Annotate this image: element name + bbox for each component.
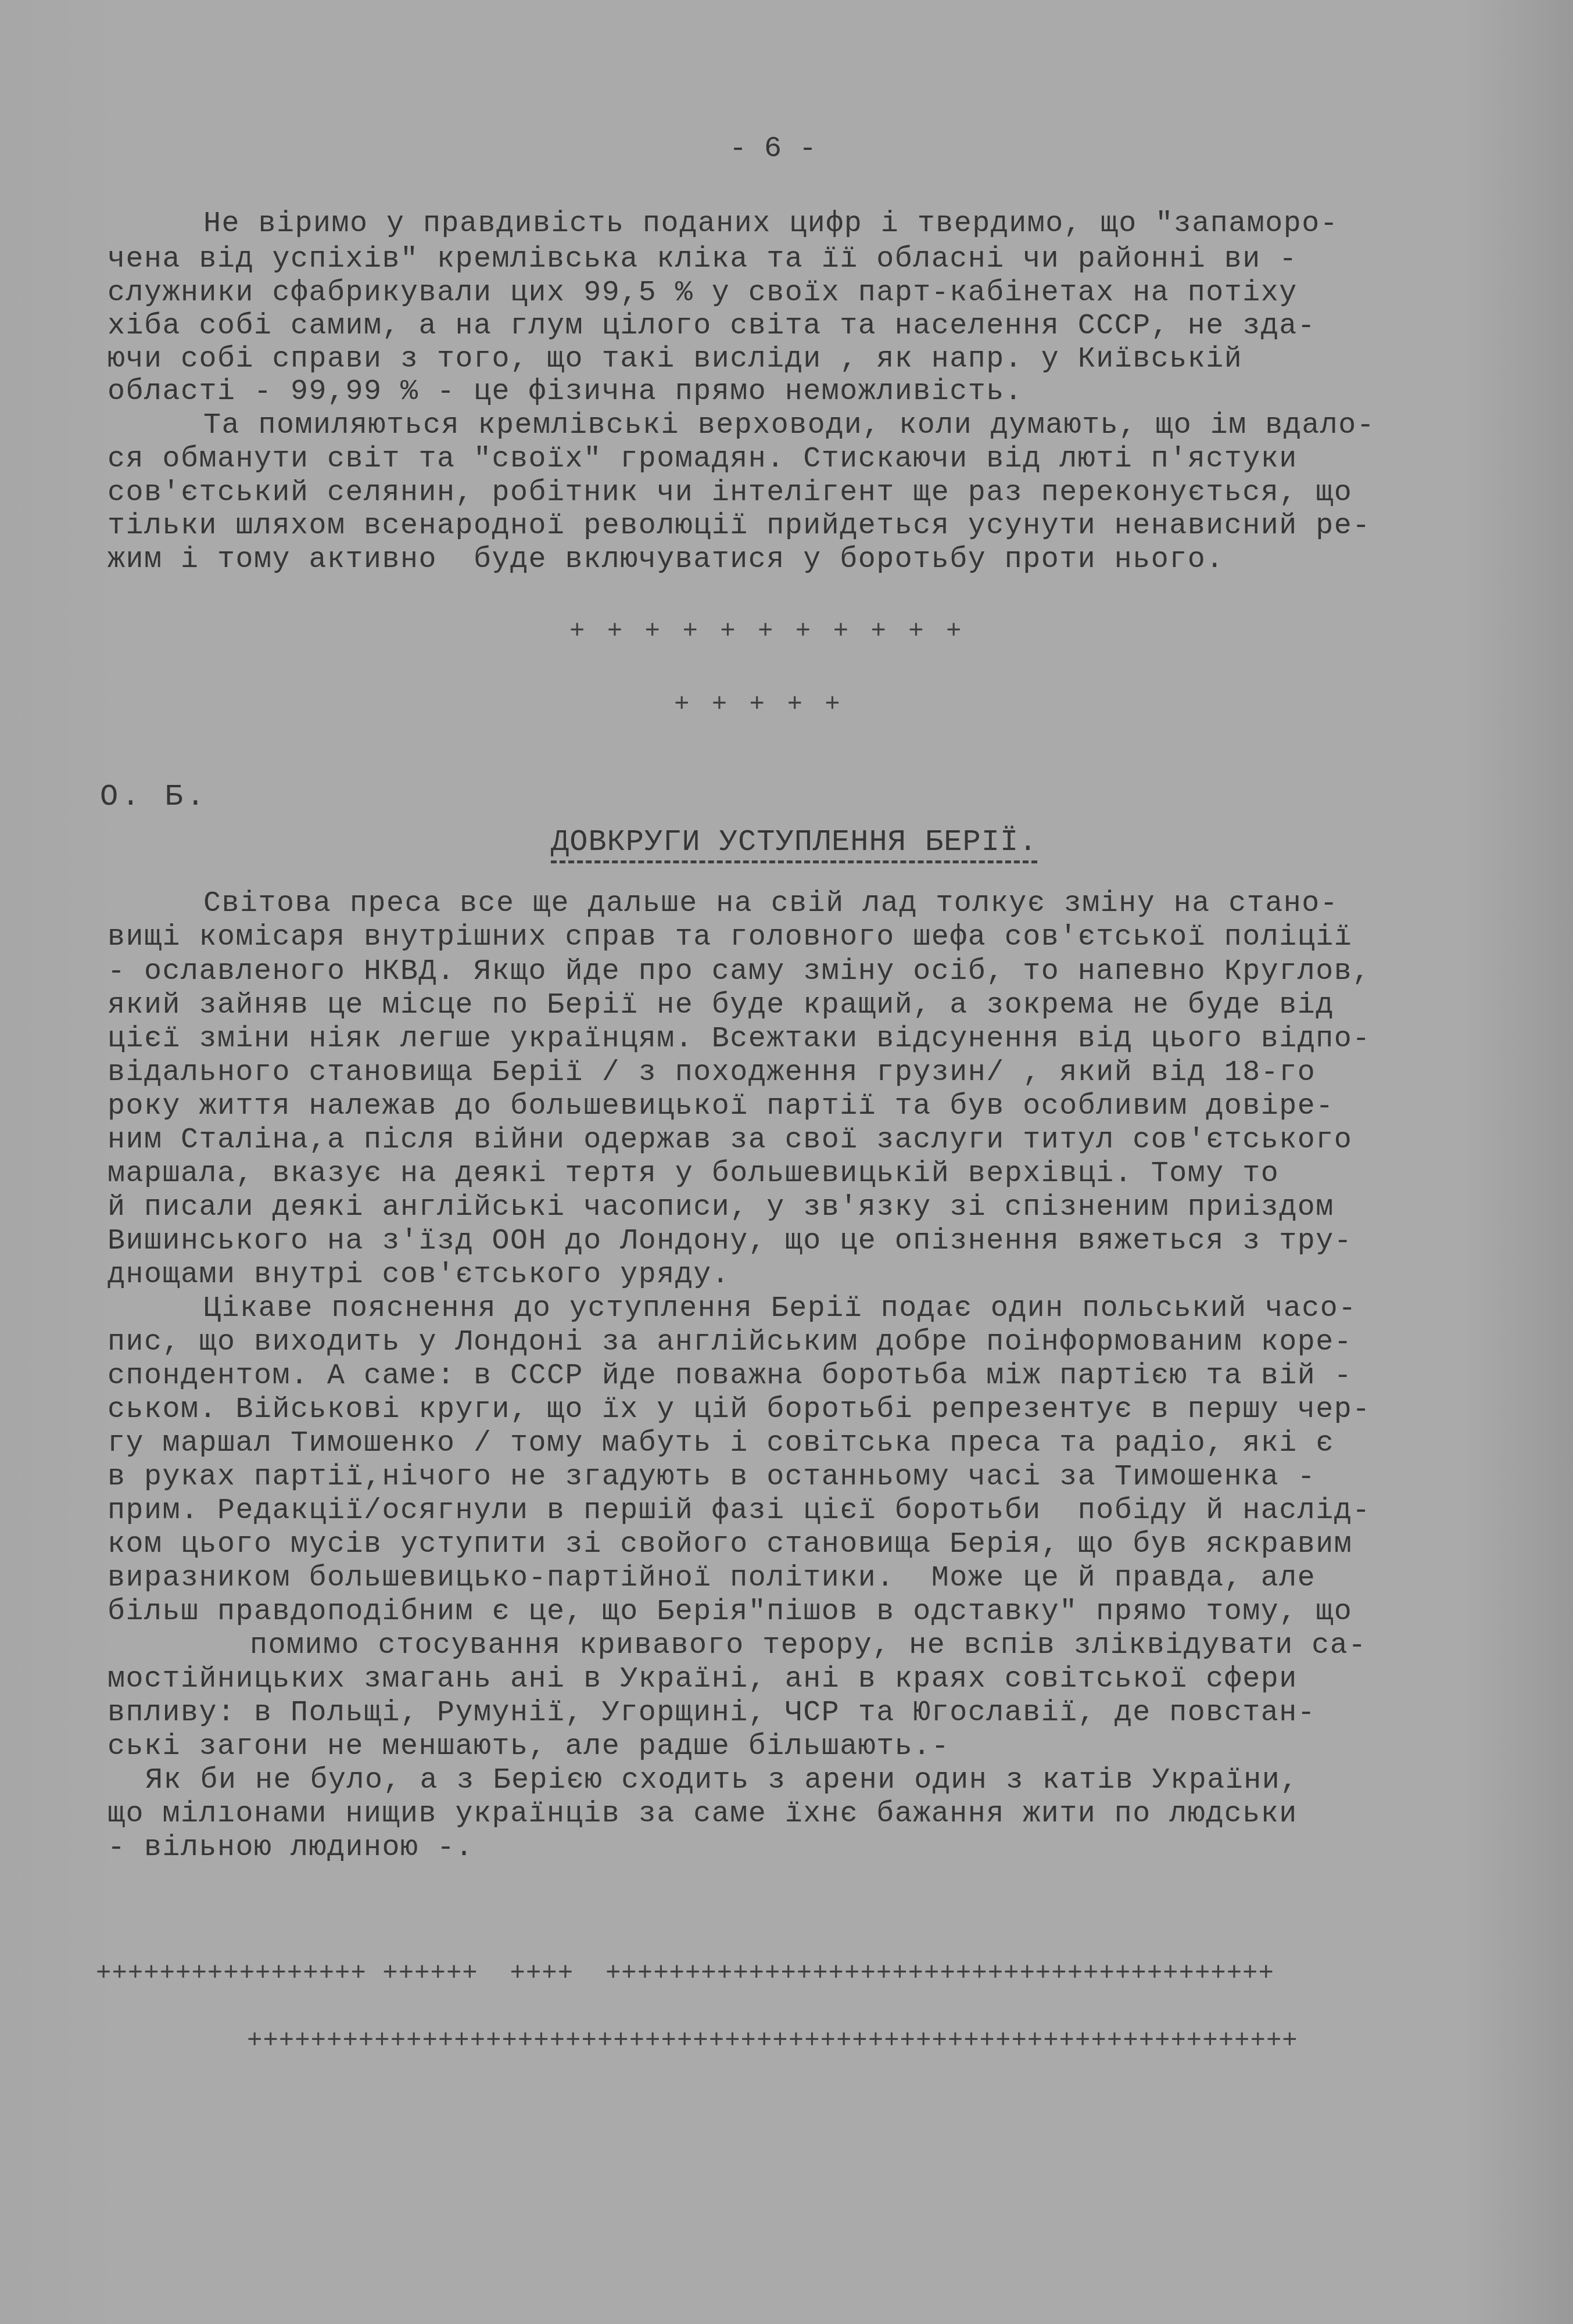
text-line: чена від успіхів" кремлівська кліка та ї… xyxy=(108,243,1298,277)
text-line: днощами внутрі сов'єтського уряду. xyxy=(108,1258,730,1292)
text-line: який зайняв це місце по Берії не буде кр… xyxy=(108,989,1334,1023)
text-line: Світова преса все ще дальше на свій лад … xyxy=(203,887,1338,921)
text-line: й писали деякі англійські часописи, у зв… xyxy=(108,1191,1334,1225)
text-line: мостійницьких змагань ані в Україні, ані… xyxy=(108,1663,1298,1697)
text-line: тільки шляхом всенародної революції прий… xyxy=(108,510,1371,543)
separator-plus-row: + + + + + + + + + + + xyxy=(569,617,965,646)
separator-plus-row: + + + + + xyxy=(674,690,844,719)
text-line: ком цього мусів уступити зі свойого стан… xyxy=(108,1528,1352,1562)
text-line: області - 99,99 % - це фізична прямо нем… xyxy=(108,375,1023,409)
text-line: ним Сталіна,а після війни одержав за сво… xyxy=(108,1124,1352,1157)
document-page: - 6 - Не віримо у правдивість поданих ци… xyxy=(0,0,1573,2324)
text-line: вищі комісаря внутрішних справ та головн… xyxy=(108,921,1352,955)
text-line: Як би не було, а з Берією сходить з арен… xyxy=(145,1764,1299,1798)
text-line: Вишинського на з'їзд ООН до Лондону, що … xyxy=(108,1225,1352,1258)
text-line: прим. Редакції/осягнули в першій фазі ці… xyxy=(108,1494,1371,1528)
text-line: в руках партії,нічого не згадують в оста… xyxy=(108,1461,1316,1494)
text-line: маршала, вказує на деякі тертя у большев… xyxy=(108,1157,1279,1191)
text-line: року життя належав до большевицької парт… xyxy=(108,1090,1334,1124)
text-line: ючи собі справи з того, що такі вислiди … xyxy=(108,343,1242,376)
text-line: жим і тому активно буде включуватися у б… xyxy=(108,543,1224,577)
text-line: що мілıонами нищив українців за саме їхн… xyxy=(108,1798,1298,1831)
text-line: помимо стосування кривавого терору, не в… xyxy=(250,1629,1367,1663)
text-line: - вільною людиною -. xyxy=(108,1831,474,1865)
text-line: гу маршал Тимошенко / тому мабуть і сові… xyxy=(108,1427,1334,1461)
text-line: ськом. Військові круги, що їх у цій боро… xyxy=(108,1393,1371,1427)
text-line: цієї зміни ніяк легше українцям. Всежтак… xyxy=(108,1023,1371,1056)
text-line: сов'єтський селянин, робітник чи інтеліг… xyxy=(108,476,1352,510)
text-line: пис, що виходить у Лондоні за англійськи… xyxy=(108,1326,1352,1360)
text-line: - ославленого НКВД. Якщо йде про саму зм… xyxy=(108,955,1371,989)
text-line: більш правдоподібним є це, що Берія"пішо… xyxy=(108,1595,1352,1629)
article-title: ДОВКРУГИ УСТУПЛЕННЯ БЕРІЇ. xyxy=(551,825,1037,863)
text-line: спондентом. А саме: в СССР йде поважна б… xyxy=(108,1360,1352,1393)
text-line: ся обманути світ та "своїх" громадян. Ст… xyxy=(108,443,1298,476)
separator-plus-row: ++++++++++++++++++++++++++++++++++++++++… xyxy=(247,2027,1298,2056)
text-line: виразником большевицько-партійної політи… xyxy=(108,1562,1316,1595)
text-line: служники сфабрикували цих 99,5 % у своїх… xyxy=(108,277,1298,310)
text-line: відального становища Берії / з походженн… xyxy=(108,1056,1316,1090)
text-line: хіба собі самим, а на глум цілого світа … xyxy=(108,310,1316,343)
separator-plus-row: +++++++++++++++++ ++++++ ++++ ++++++++++… xyxy=(96,1959,1274,1988)
text-line: Не віримо у правдивість поданих цифр і т… xyxy=(203,207,1338,241)
text-line: ські загони не меншають, але радше більш… xyxy=(108,1730,949,1764)
text-line: Цікаве пояснення до уступлення Берії под… xyxy=(203,1292,1357,1326)
text-line: впливу: в Польщі, Румунії, Угорщині, ЧСР… xyxy=(108,1697,1316,1730)
author-initials: О. Б. xyxy=(100,780,208,814)
text-line: Та помиляються кремлівські верховоди, ко… xyxy=(203,409,1375,443)
page-number: - 6 - xyxy=(729,132,816,166)
